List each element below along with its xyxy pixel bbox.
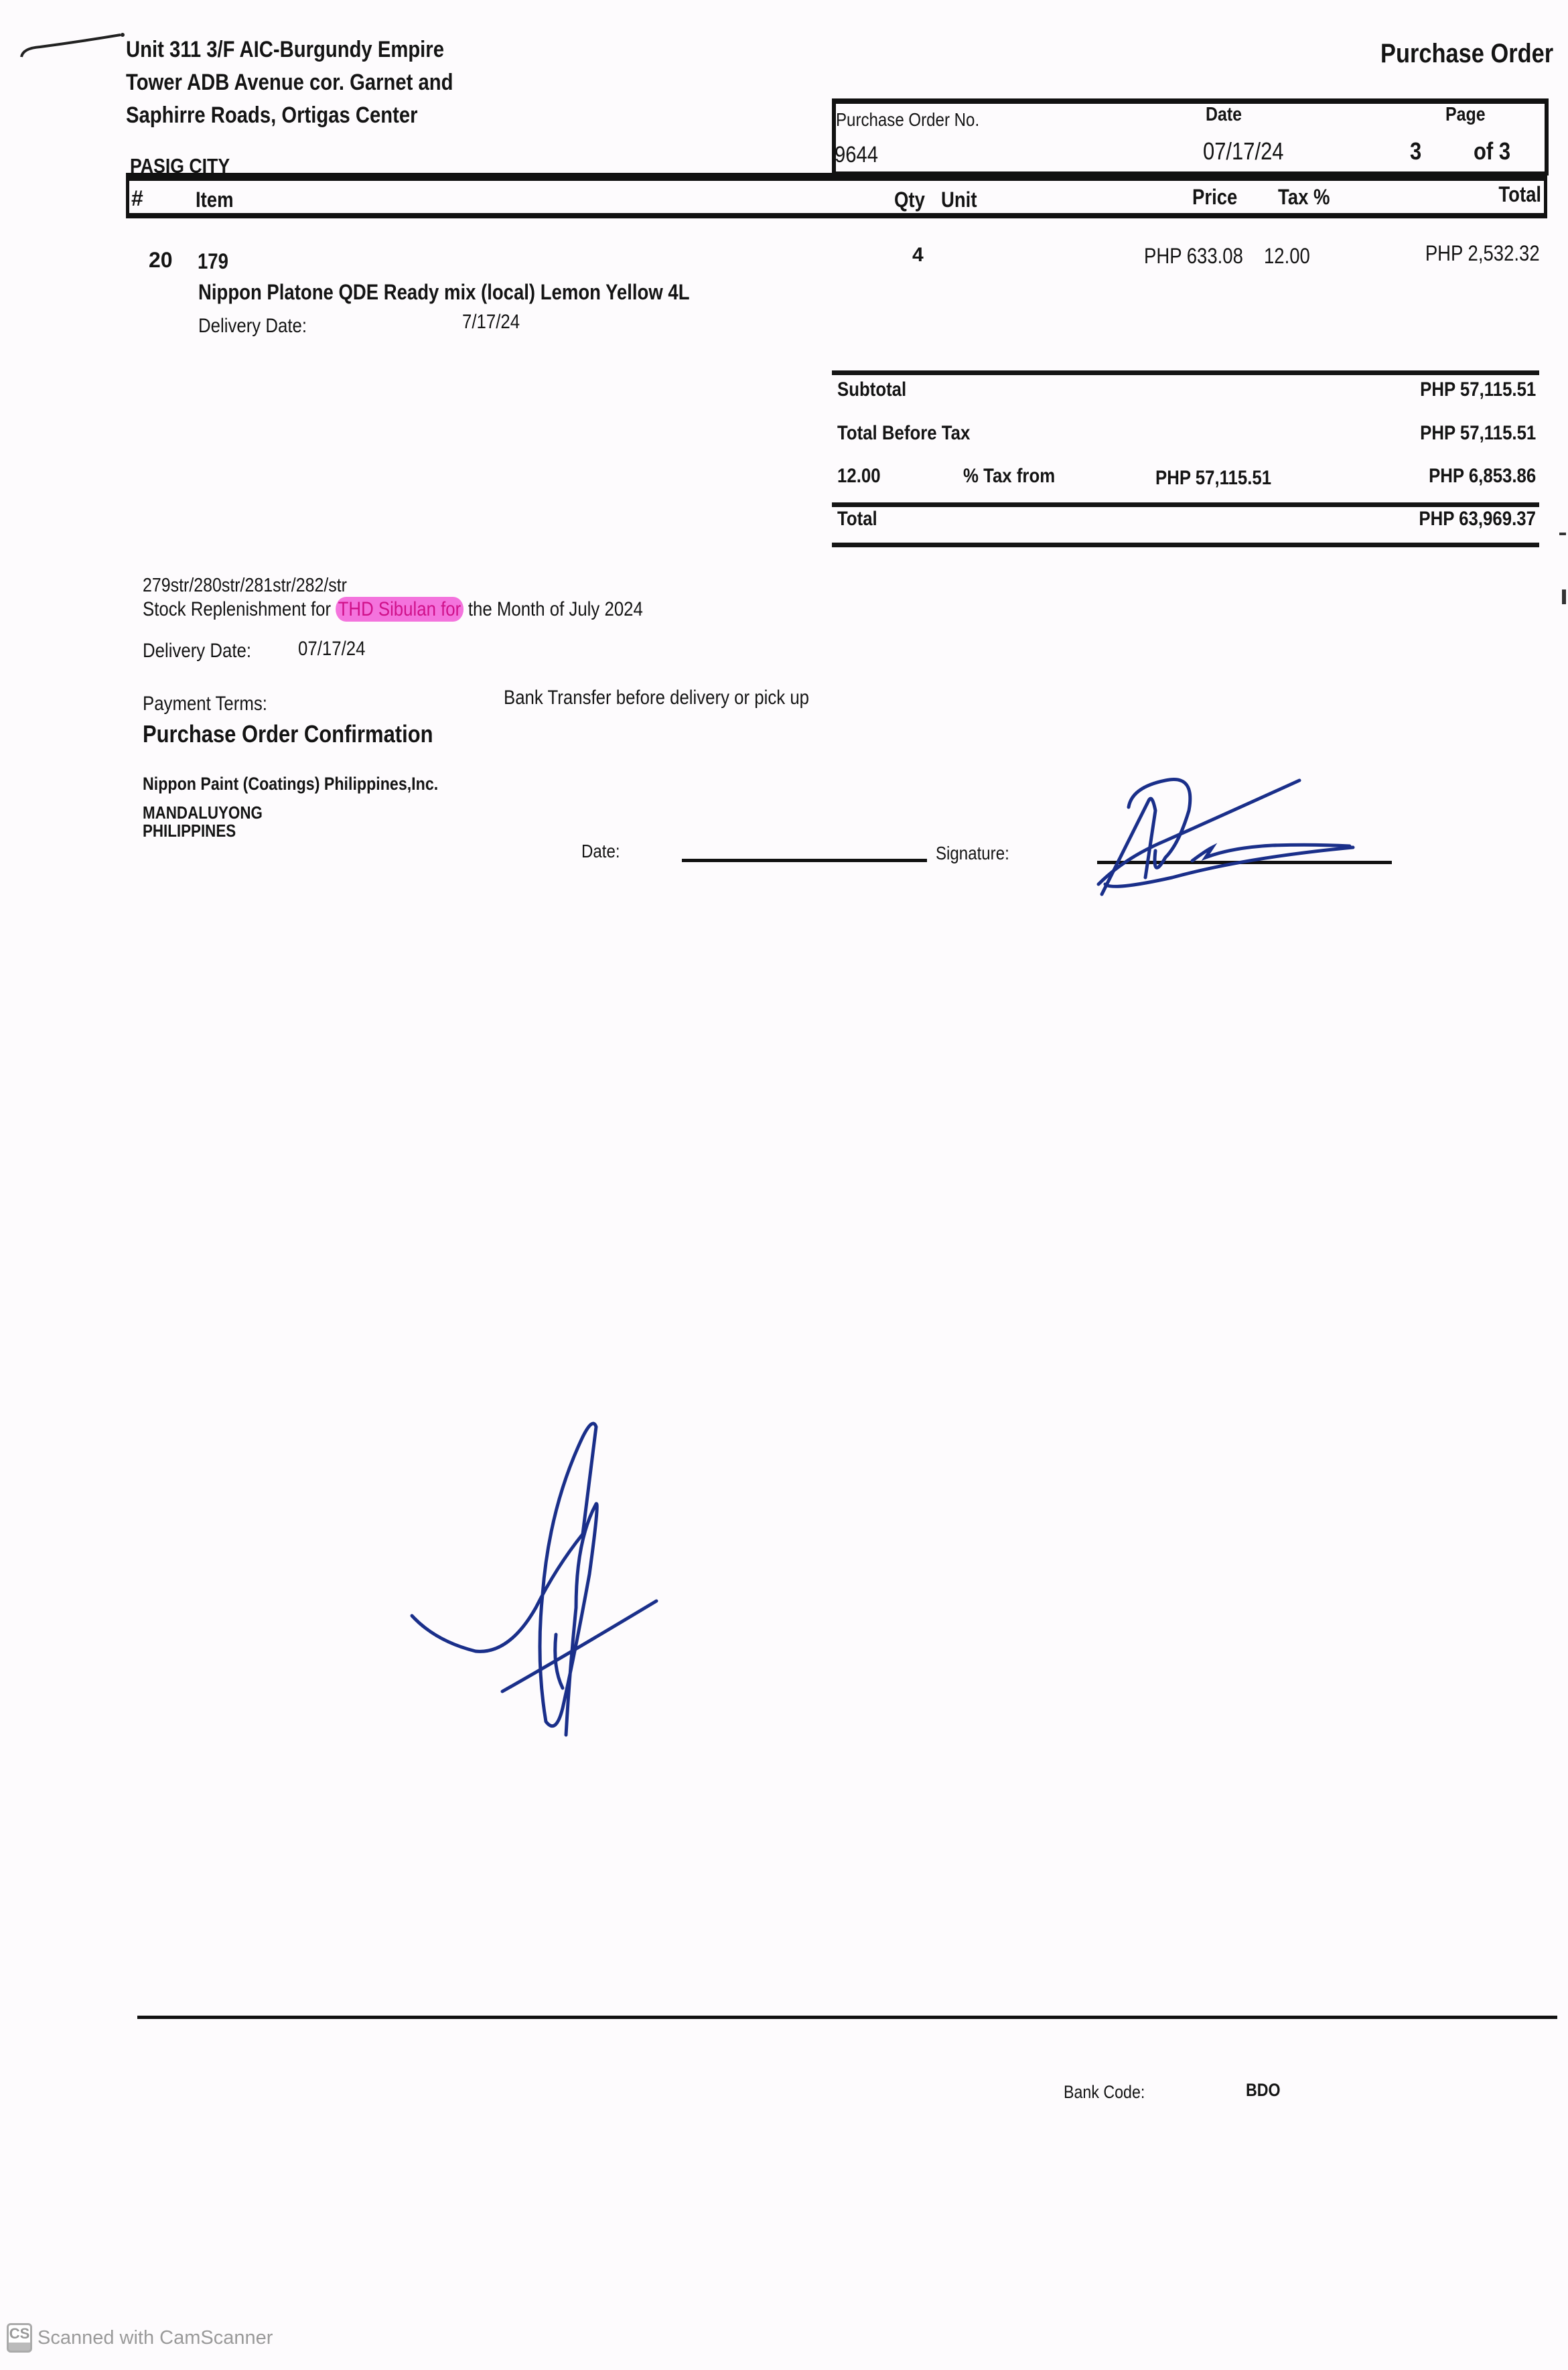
address-line-1: Unit 311 3/F AIC-Burgundy Empire: [126, 33, 444, 66]
item-delivery-label: Delivery Date:: [198, 315, 324, 338]
subtotal-value: PHP 57,115.51: [1401, 378, 1536, 401]
camscanner-watermark: CS Scanned with CamScanner: [7, 2323, 273, 2353]
bank-code-label: Bank Code:: [1064, 2082, 1158, 2103]
remarks-line: Stock Replenishment for THD Sibulan for …: [143, 598, 724, 621]
total-value: PHP 63,969.37: [1400, 508, 1536, 531]
payment-terms-value: Bank Transfer before delivery or pick up: [504, 687, 859, 709]
delivery-date-value: 07/17/24: [298, 638, 376, 660]
delivery-date-label: Delivery Date:: [143, 640, 269, 663]
line-number: 20: [149, 248, 173, 273]
signature-mark-icon: [375, 1393, 683, 1742]
address-line-3: Saphirre Roads, Ortigas Center: [126, 99, 417, 132]
col-unit: Unit: [941, 188, 983, 212]
camscanner-logo-icon: CS: [7, 2323, 32, 2353]
confirmation-title: Purchase Order Confirmation: [143, 720, 480, 748]
watermark-text: Scanned with CamScanner: [38, 2327, 273, 2349]
item-code: 179: [198, 249, 233, 274]
totals-mid-rule: [832, 502, 1539, 507]
bank-code-value: BDO: [1246, 2080, 1286, 2101]
col-total: Total: [1492, 182, 1541, 207]
totals-top-rule: [832, 370, 1539, 375]
payment-terms-label: Payment Terms:: [143, 693, 287, 715]
item-tax: 12.00: [1264, 244, 1317, 269]
edge-mark: [1562, 589, 1566, 604]
document-title: Purchase Order: [1352, 39, 1553, 69]
tax-amount: PHP 6,853.86: [1411, 465, 1536, 488]
date-line[interactable]: [682, 859, 927, 862]
tax-rate: 12.00: [837, 465, 887, 488]
date-label: Date: [1206, 104, 1248, 126]
item-delivery-date: 7/17/24: [462, 311, 529, 334]
signature-label: Signature:: [936, 843, 1021, 864]
po-number: 9644: [835, 142, 885, 168]
item-qty: 4: [912, 244, 924, 267]
address-line-2: Tower ADB Avenue cor. Garnet and: [126, 66, 453, 99]
supplier-name: Nippon Paint (Coatings) Philippines,Inc.: [143, 774, 486, 794]
subtotal-label: Subtotal: [837, 378, 918, 401]
confirm-date-label: Date:: [581, 841, 626, 862]
before-tax-label: Total Before Tax: [837, 422, 992, 445]
col-qty: Qty: [894, 188, 930, 212]
supplier-address: MANDALUYONG PHILIPPINES: [143, 804, 282, 840]
edge-mark: [1559, 533, 1566, 535]
page-label: Page: [1445, 104, 1492, 126]
col-item: Item: [196, 188, 240, 212]
po-date: 07/17/24: [1203, 137, 1297, 165]
item-description: Nippon Platone QDE Ready mix (local) Lem…: [198, 280, 770, 305]
totals-bottom-rule: [832, 543, 1539, 547]
total-label: Total: [837, 508, 883, 531]
col-tax: Tax %: [1278, 185, 1338, 210]
footer-rule: [137, 2016, 1557, 2019]
tax-base: PHP 57,115.51: [1155, 467, 1290, 490]
tax-from-label: % Tax from: [963, 465, 1070, 488]
po-number-label: Purchase Order No.: [836, 109, 1003, 131]
before-tax-value: PHP 57,115.51: [1401, 422, 1536, 445]
remarks-refs: 279str/280str/281str/282/str: [143, 575, 380, 597]
page-current: 3: [1410, 137, 1423, 165]
company-address: Unit 311 3/F AIC-Burgundy Empire Tower A…: [126, 33, 506, 132]
col-price: Price: [1192, 185, 1244, 210]
signature-mark-icon: [1072, 750, 1447, 911]
col-number: #: [131, 186, 143, 211]
pen-mark-icon: [13, 27, 127, 60]
item-price: PHP 633.08: [1144, 244, 1259, 269]
highlighted-text: THD Sibulan for: [336, 597, 463, 622]
page-total: of 3: [1474, 137, 1516, 165]
item-total: PHP 2,532.32: [1407, 241, 1540, 266]
